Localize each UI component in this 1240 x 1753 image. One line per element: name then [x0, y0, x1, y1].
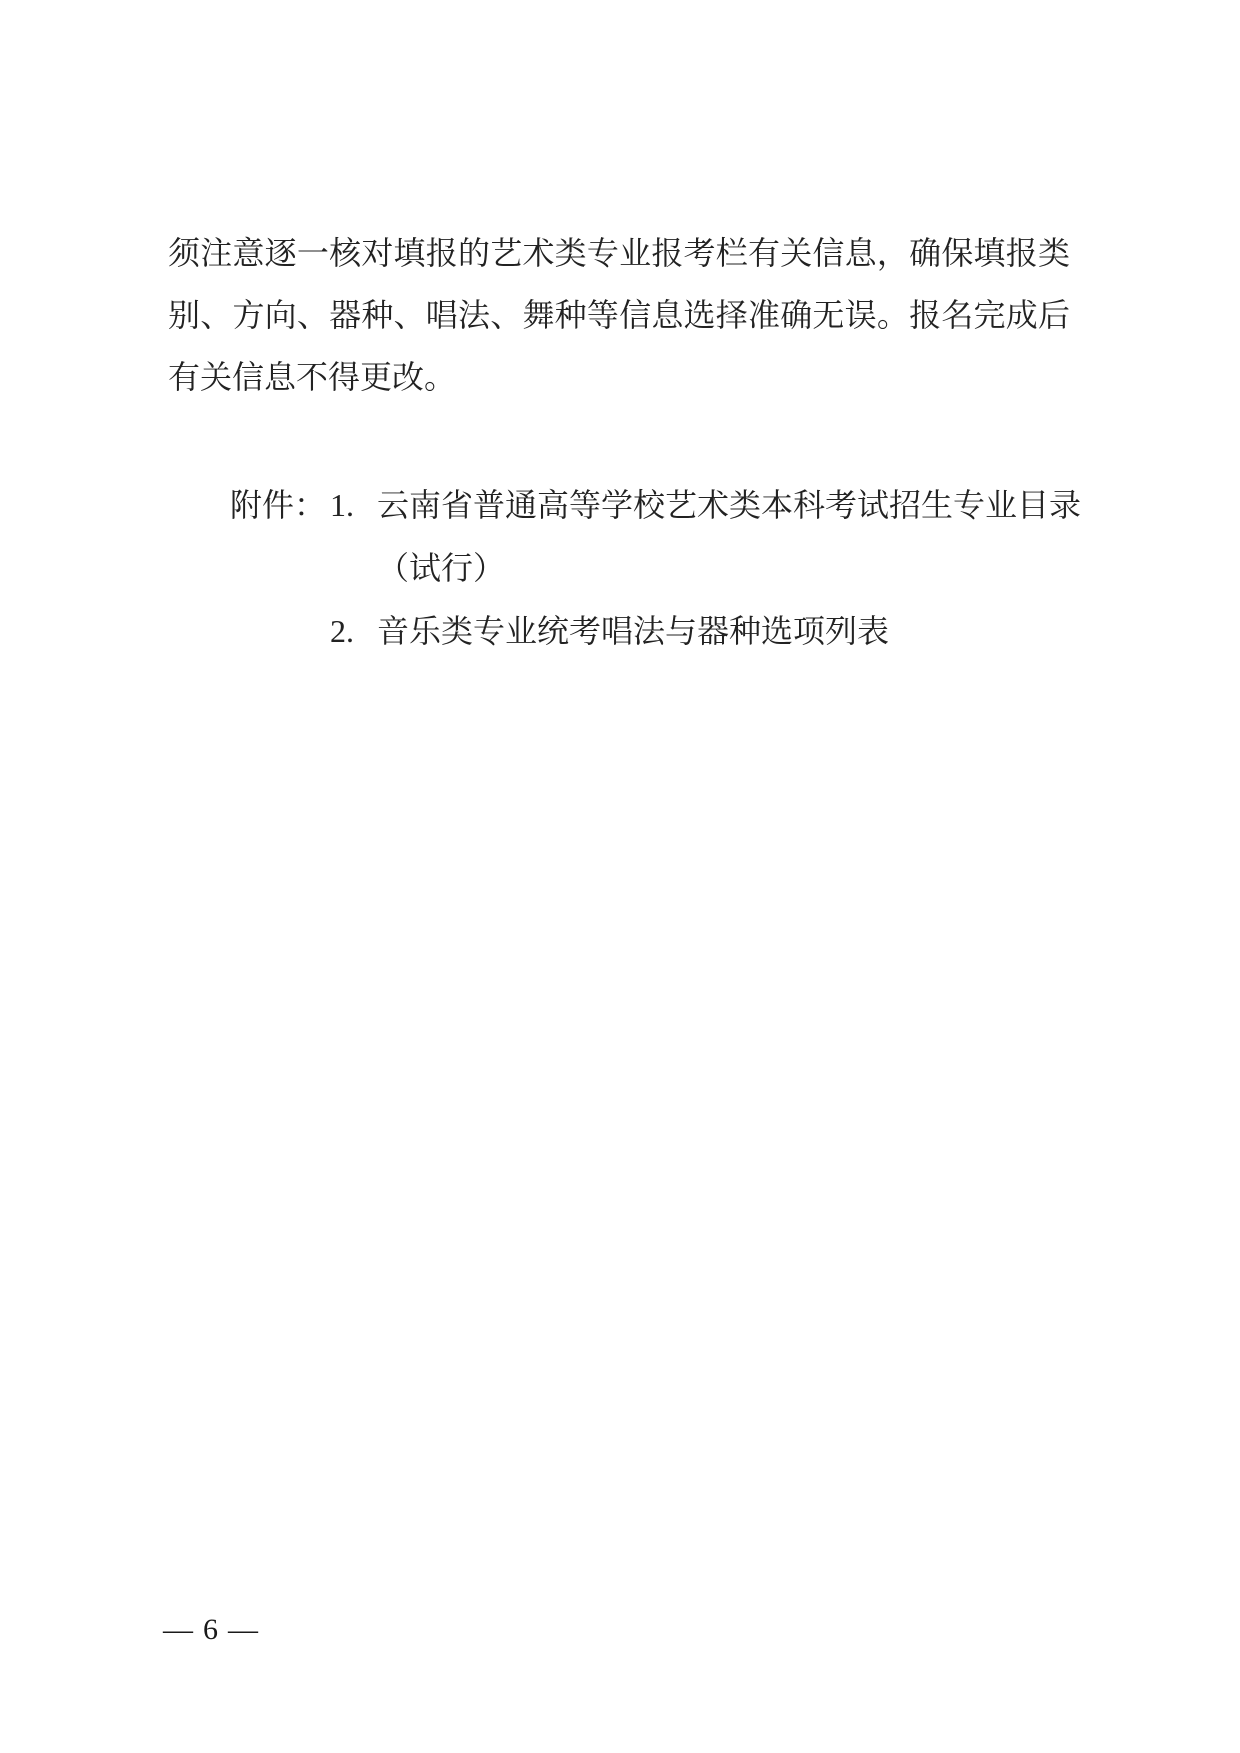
attachment-2-title: 音乐类专业统考唱法与器种选项列表	[377, 600, 889, 663]
attachments-list: 附件： 1. 云南省普通高等学校艺术类本科考试招生专业目录 （试行） 2. 音乐…	[230, 474, 1081, 663]
attachment-row-2: 2. 音乐类专业统考唱法与器种选项列表	[230, 600, 1081, 663]
document-page: 须注意逐一核对填报的艺术类专业报考栏有关信息，确保填报类 别、方向、器种、唱法、…	[0, 0, 1240, 1753]
footer-left-dash: —	[163, 1612, 193, 1648]
paragraph-line-2: 别、方向、器种、唱法、舞种等信息选择准确无误。报名完成后	[168, 284, 1070, 346]
attachment-1-title: 云南省普通高等学校艺术类本科考试招生专业目录	[377, 474, 1081, 537]
footer-page-number: 6	[203, 1612, 218, 1648]
paragraph-line-1: 须注意逐一核对填报的艺术类专业报考栏有关信息，确保填报类	[168, 222, 1070, 284]
page-number-footer: —6—	[163, 1612, 258, 1648]
paragraph-line-3: 有关信息不得更改。	[168, 346, 1070, 408]
attachments-label: 附件：	[230, 474, 330, 537]
attachment-2-number: 2.	[330, 600, 377, 663]
attachment-row-1: 附件： 1. 云南省普通高等学校艺术类本科考试招生专业目录	[230, 474, 1081, 537]
main-paragraph: 须注意逐一核对填报的艺术类专业报考栏有关信息，确保填报类 别、方向、器种、唱法、…	[168, 222, 1070, 408]
footer-right-dash: —	[228, 1612, 258, 1648]
attachment-1-number: 1.	[330, 474, 377, 537]
attachment-row-1-continuation: （试行）	[230, 537, 1081, 600]
attachment-1-title-continuation: （试行）	[377, 537, 505, 600]
